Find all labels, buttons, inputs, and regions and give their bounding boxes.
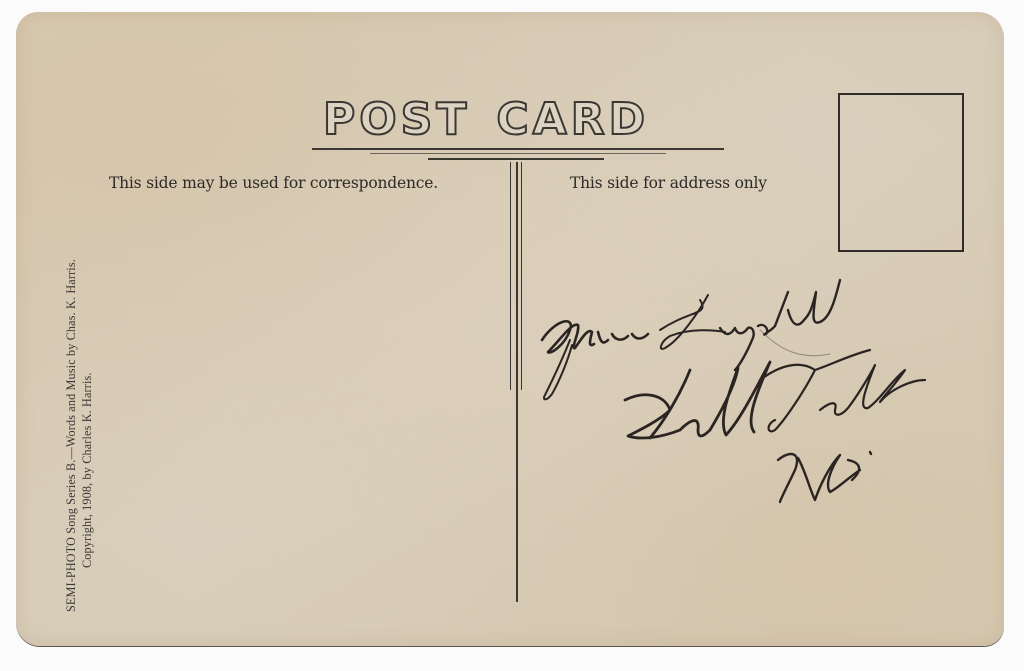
- divider-line-center: [516, 162, 518, 602]
- heading-rule-middle: [370, 153, 666, 154]
- publisher-copyright-text: SEMI-PHOTO Song Series B.—Words and Musi…: [63, 259, 95, 612]
- handwriting-icon: [530, 270, 940, 520]
- heading-word-post: POST: [323, 94, 470, 145]
- post-card-heading: POSTCARD: [323, 94, 718, 146]
- address-label: This side for address only: [570, 174, 767, 192]
- divider-line-left: [510, 162, 511, 390]
- stamp-box: [838, 93, 964, 252]
- heading-rule-top: [312, 148, 724, 150]
- copyright-line: Copyright, 1908, by Charles K. Harris.: [79, 259, 95, 612]
- divider-line-right: [521, 162, 522, 390]
- correspondence-label: This side may be used for correspondence…: [109, 174, 438, 192]
- heading-word-card: CARD: [496, 94, 649, 145]
- heading-rule-bottom: [428, 158, 604, 160]
- handwritten-address: Miss Hugdahl Shell Lake Wis.: [530, 270, 940, 520]
- publisher-line: SEMI-PHOTO Song Series B.—Words and Musi…: [63, 259, 79, 612]
